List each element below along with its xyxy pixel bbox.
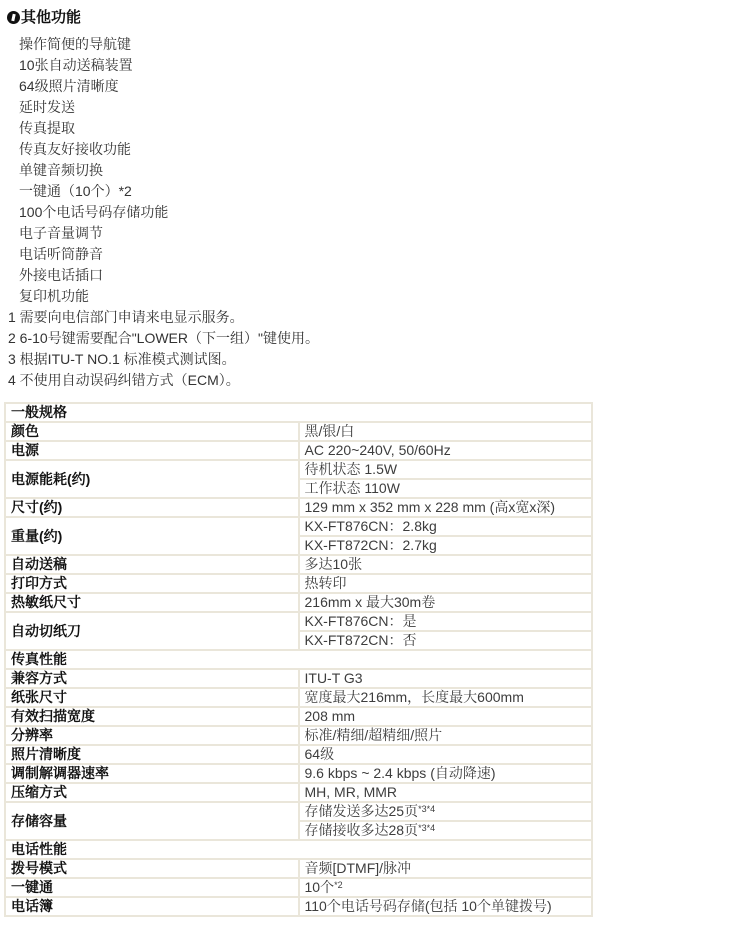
spec-value-text: 宽度最大216mm，长度最大600mm [305, 689, 524, 705]
feature-item: 传真提取 [19, 118, 750, 139]
spec-label: 电源 [5, 441, 299, 460]
feature-item: 电子音量调节 [19, 223, 750, 244]
spec-value: 多达10张 [299, 555, 593, 574]
spec-value: 存储接收多达28页*3*4 [299, 821, 593, 840]
spec-label: 热敏纸尺寸 [5, 593, 299, 612]
section-header: 一般规格 [5, 403, 592, 422]
spec-value: 宽度最大216mm，长度最大600mm [299, 688, 593, 707]
spec-row: 有效扫描宽度208 mm [5, 707, 592, 726]
spec-row: 打印方式热转印 [5, 574, 592, 593]
spec-value-text: 9.6 kbps ~ 2.4 kbps (自动降速) [305, 765, 496, 781]
spec-value: 工作状态 110W [299, 479, 593, 498]
spec-value: 存储发送多达25页*3*4 [299, 802, 593, 821]
page-title: 其他功能 [21, 9, 81, 26]
spec-value-text: AC 220~240V, 50/60Hz [305, 442, 451, 458]
spec-label: 拨号模式 [5, 859, 299, 878]
spec-label: 电源能耗(约) [5, 460, 299, 498]
spec-row: 调制解调器速率9.6 kbps ~ 2.4 kbps (自动降速) [5, 764, 592, 783]
footnote: 4 不使用自动误码纠错方式（ECM）。 [8, 370, 750, 391]
spec-value-superscript: *3*4 [418, 804, 435, 814]
spec-label: 自动送稿 [5, 555, 299, 574]
feature-list: 操作简便的导航键10张自动送稿装置64级照片清晰度延时发送传真提取传真友好接收功… [6, 34, 750, 307]
spec-row: 拨号模式音频[DTMF]/脉冲 [5, 859, 592, 878]
spec-row: 电源能耗(约)待机状态 1.5W [5, 460, 592, 479]
spec-value: 待机状态 1.5W [299, 460, 593, 479]
spec-row: 颜色黑/银/白 [5, 422, 592, 441]
spec-value-text: 热转印 [305, 575, 347, 591]
spec-value-text: 多达10张 [305, 556, 363, 572]
spec-value-text: 待机状态 1.5W [305, 461, 398, 477]
section-header: 电话性能 [5, 840, 592, 859]
spec-row: 尺寸(约)129 mm x 352 mm x 228 mm (高x宽x深) [5, 498, 592, 517]
spec-value-text: MH, MR, MMR [305, 784, 398, 800]
spec-value-text: 64级 [305, 746, 335, 762]
feature-item: 电话听筒静音 [19, 244, 750, 265]
spec-value-text: 黑/银/白 [305, 423, 355, 439]
spec-value: 热转印 [299, 574, 593, 593]
page-title-row: 其他功能 [7, 9, 750, 26]
spec-value-superscript: *2 [334, 880, 343, 890]
spec-label: 一键通 [5, 878, 299, 897]
feature-item: 延时发送 [19, 97, 750, 118]
spec-label: 重量(约) [5, 517, 299, 555]
spec-row: 重量(约)KX-FT876CN：2.8kg [5, 517, 592, 536]
section-bullet-icon [7, 11, 20, 24]
feature-item: 传真友好接收功能 [19, 139, 750, 160]
feature-item: 64级照片清晰度 [19, 76, 750, 97]
spec-value: 129 mm x 352 mm x 228 mm (高x宽x深) [299, 498, 593, 517]
spec-value-text: KX-FT872CN：2.7kg [305, 537, 437, 553]
spec-value: 208 mm [299, 707, 593, 726]
feature-item: 外接电话插口 [19, 265, 750, 286]
spec-label: 纸张尺寸 [5, 688, 299, 707]
spec-label: 照片清晰度 [5, 745, 299, 764]
spec-value-text: 音频[DTMF]/脉冲 [305, 860, 412, 876]
spec-table: 一般规格颜色黑/银/白电源AC 220~240V, 50/60Hz电源能耗(约)… [4, 402, 593, 917]
spec-row: 存储容量存储发送多达25页*3*4 [5, 802, 592, 821]
spec-label: 分辨率 [5, 726, 299, 745]
spec-row: 兼容方式ITU-T G3 [5, 669, 592, 688]
spec-row: 自动送稿多达10张 [5, 555, 592, 574]
spec-value-text: KX-FT872CN：否 [305, 632, 417, 648]
spec-value: MH, MR, MMR [299, 783, 593, 802]
spec-value: 64级 [299, 745, 593, 764]
spec-value: KX-FT876CN：是 [299, 612, 593, 631]
spec-value: 标准/精细/超精细/照片 [299, 726, 593, 745]
spec-value: 10个*2 [299, 878, 593, 897]
section-header-row: 传真性能 [5, 650, 592, 669]
spec-value: KX-FT876CN：2.8kg [299, 517, 593, 536]
spec-row: 自动切纸刀KX-FT876CN：是 [5, 612, 592, 631]
spec-value-text: 存储接收多达28页 [305, 822, 419, 838]
spec-label: 电话簿 [5, 897, 299, 916]
spec-page: 其他功能 操作简便的导航键10张自动送稿装置64级照片清晰度延时发送传真提取传真… [0, 0, 750, 930]
spec-label: 自动切纸刀 [5, 612, 299, 650]
spec-value: ITU-T G3 [299, 669, 593, 688]
spec-value: 9.6 kbps ~ 2.4 kbps (自动降速) [299, 764, 593, 783]
spec-row: 分辨率标准/精细/超精细/照片 [5, 726, 592, 745]
spec-value-text: 129 mm x 352 mm x 228 mm (高x宽x深) [305, 499, 556, 515]
spec-row: 电源AC 220~240V, 50/60Hz [5, 441, 592, 460]
footnote-list: 1 需要向电信部门申请来电显示服务。2 6-10号键需要配合"LOWER（下一组… [6, 307, 750, 391]
spec-value: AC 220~240V, 50/60Hz [299, 441, 593, 460]
spec-label: 压缩方式 [5, 783, 299, 802]
spec-value-text: 标准/精细/超精细/照片 [305, 727, 443, 743]
spec-label: 存储容量 [5, 802, 299, 840]
spec-label: 颜色 [5, 422, 299, 441]
spec-value-text: ITU-T G3 [305, 670, 363, 686]
spec-label: 打印方式 [5, 574, 299, 593]
spec-value: KX-FT872CN：否 [299, 631, 593, 650]
spec-value-text: 10个 [305, 879, 335, 895]
spec-row: 照片清晰度64级 [5, 745, 592, 764]
spec-value: 黑/银/白 [299, 422, 593, 441]
spec-row: 电话簿110个电话号码存储(包括 10个单键拨号) [5, 897, 592, 916]
feature-item: 10张自动送稿装置 [19, 55, 750, 76]
feature-item: 一键通（10个）*2 [19, 181, 750, 202]
spec-row: 一键通10个*2 [5, 878, 592, 897]
section-header: 传真性能 [5, 650, 592, 669]
feature-item: 操作简便的导航键 [19, 34, 750, 55]
spec-value-text: KX-FT876CN：是 [305, 613, 417, 629]
spec-value-text: 存储发送多达25页 [305, 803, 419, 819]
footnote: 3 根据ITU-T NO.1 标准模式测试图。 [8, 349, 750, 370]
feature-item: 100个电话号码存储功能 [19, 202, 750, 223]
spec-value: 音频[DTMF]/脉冲 [299, 859, 593, 878]
feature-item: 复印机功能 [19, 286, 750, 307]
footnote: 2 6-10号键需要配合"LOWER（下一组）"键使用。 [8, 328, 750, 349]
spec-value-text: 工作状态 110W [305, 480, 400, 496]
spec-value-text: 216mm x 最大30m卷 [305, 594, 436, 610]
spec-value: KX-FT872CN：2.7kg [299, 536, 593, 555]
spec-value-text: 110个电话号码存储(包括 10个单键拨号) [305, 898, 552, 914]
spec-label: 尺寸(约) [5, 498, 299, 517]
spec-label: 调制解调器速率 [5, 764, 299, 783]
footnote: 1 需要向电信部门申请来电显示服务。 [8, 307, 750, 328]
spec-value-text: KX-FT876CN：2.8kg [305, 518, 437, 534]
spec-value-superscript: *3*4 [418, 823, 435, 833]
section-header-row: 电话性能 [5, 840, 592, 859]
spec-value-text: 208 mm [305, 708, 356, 724]
spec-label: 有效扫描宽度 [5, 707, 299, 726]
spec-row: 压缩方式MH, MR, MMR [5, 783, 592, 802]
feature-item: 单键音频切换 [19, 160, 750, 181]
spec-row: 热敏纸尺寸216mm x 最大30m卷 [5, 593, 592, 612]
spec-value: 110个电话号码存储(包括 10个单键拨号) [299, 897, 593, 916]
spec-label: 兼容方式 [5, 669, 299, 688]
spec-row: 纸张尺寸宽度最大216mm，长度最大600mm [5, 688, 592, 707]
section-header-row: 一般规格 [5, 403, 592, 422]
spec-value: 216mm x 最大30m卷 [299, 593, 593, 612]
